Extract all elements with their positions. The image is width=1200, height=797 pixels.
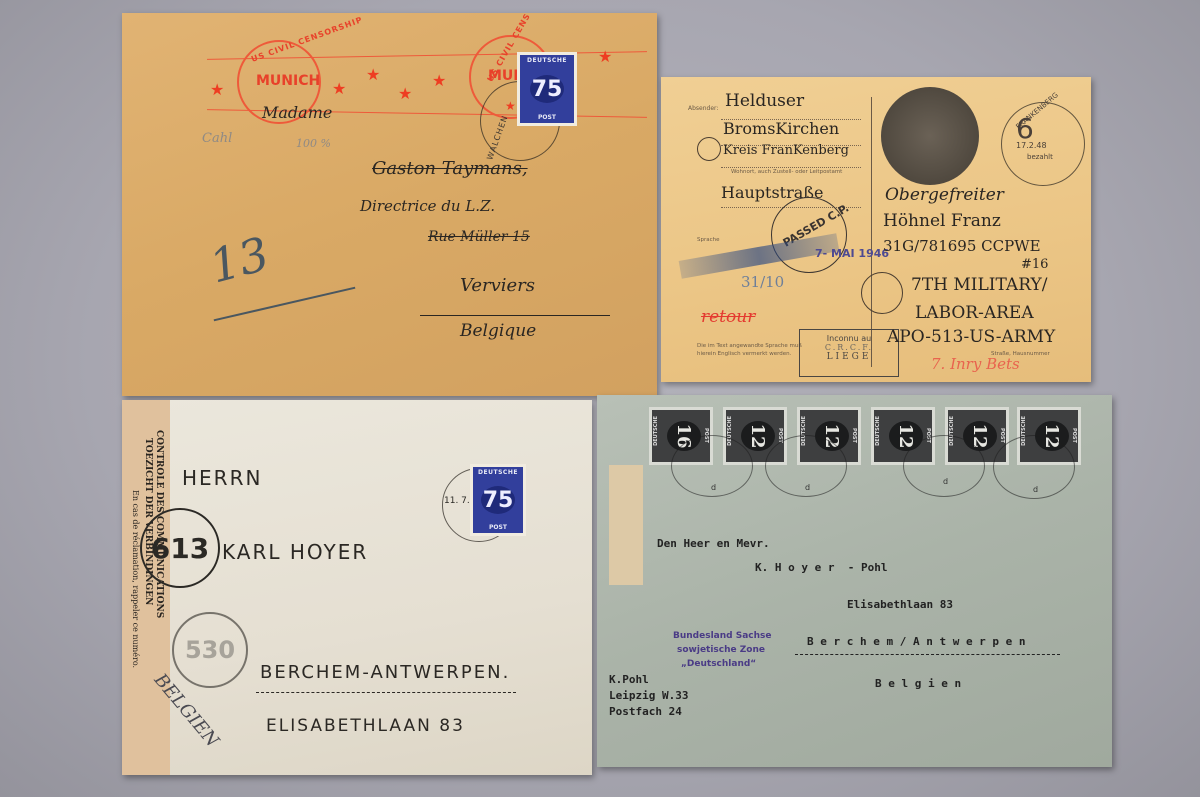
postmark-letter: d <box>943 477 948 486</box>
star-icon: ★ <box>598 47 612 66</box>
circle-mark <box>861 272 903 314</box>
recipient-line: #16 <box>1021 257 1048 272</box>
censor-number-stamp: 613 <box>140 508 220 588</box>
envelope-leipzig-typed: DEUTSCHE16POST DEUTSCHE12POST DEUTSCHE12… <box>597 395 1112 767</box>
pow-postcard: Absender: Helduser BromsKirchen Kreis Fr… <box>661 77 1091 382</box>
address-line-country: Belgique <box>460 321 536 341</box>
address-line: K. H o y e r - Pohl <box>755 561 887 574</box>
censor-number-stamp: 530 <box>172 612 248 688</box>
circle-mark <box>697 137 721 161</box>
postmark-letter: d <box>805 483 810 492</box>
sender-line: Leipzig W.33 <box>609 689 688 702</box>
recipient-line: APO-513-US-ARMY <box>887 327 1055 347</box>
torn-tape-remnant <box>609 465 643 585</box>
star-icon: ★ <box>432 71 446 90</box>
zone-stamp-line: „Deutschland“ <box>681 659 756 669</box>
box-stamp-line: Inconnu au <box>800 334 898 343</box>
pencil-note: 31/10 <box>741 273 784 291</box>
date-stamp: 7- MAI 1946 <box>815 247 889 260</box>
censor-tape-line: En cas de réclamation, rappeler ce numér… <box>131 490 140 668</box>
sender-line: Helduser <box>725 91 804 111</box>
divider-line <box>871 97 872 367</box>
postage-stamp-75: DEUTSCHE 75 POST <box>517 52 577 126</box>
box-stamp-line: LIEGE <box>800 352 898 362</box>
censorship-city: MUNICH <box>256 73 320 89</box>
address-line: HERRN <box>182 466 262 490</box>
address-line-city: Verviers <box>460 275 535 296</box>
sender-line: Postfach 24 <box>609 705 682 718</box>
zone-stamp-line: sowjetische Zone <box>677 645 765 655</box>
stamp-country: DEUTSCHE <box>875 416 881 446</box>
address-line: ELISABETHLAAN 83 <box>266 716 465 736</box>
pencil-stroke <box>214 287 356 322</box>
sender-line: BromsKirchen <box>723 119 839 138</box>
postmark-circle <box>903 435 985 497</box>
dotted-line <box>721 167 861 168</box>
address-line: KARL HOYER <box>222 540 368 564</box>
envelope-munich-censored: US CIVIL CENSORSHIP MUNICH US CIVIL CENS… <box>122 13 657 396</box>
wavy-underline <box>256 692 516 693</box>
underline <box>420 315 610 316</box>
star-icon: ★ <box>366 65 380 84</box>
zone-stamp-line: Bundesland Sachse <box>673 631 771 641</box>
stamp-value: 75 <box>530 75 564 103</box>
pencil-number: 13 <box>204 226 275 293</box>
sender-line: K.Pohl <box>609 673 649 686</box>
address-line: B e r c h e m / A n t w e r p e n <box>807 635 1026 648</box>
box-stamp: Inconnu au C.R.C.F. LIEGE <box>799 329 899 377</box>
star-icon: ★ <box>398 84 412 103</box>
envelope-hoyer-censored: CONTROLE DES COMMUNICATIONS TOEZICHT DER… <box>122 400 592 775</box>
address-line-street: Rue Müller 15 <box>428 229 530 245</box>
printed-hint: Wohnort, auch Zustell- oder Leitpostamt <box>731 169 842 175</box>
address-line: BERCHEM-ANTWERPEN. <box>260 662 510 683</box>
stamp-country: DEUTSCHE <box>527 57 567 64</box>
cancellation-seal <box>881 87 979 185</box>
address-line-name: Gaston Taymans, <box>372 158 528 179</box>
recipient-line: LABOR-AREA <box>915 303 1034 323</box>
postmark-date: 11. 7. <box>444 496 470 506</box>
red-script-note: retour <box>701 307 755 327</box>
printed-hint: Sprache <box>697 237 720 243</box>
stamp-country: DEUTSCHE <box>653 416 659 446</box>
address-line: Elisabethlaan 83 <box>847 598 953 611</box>
star-icon: ★ <box>210 80 224 99</box>
postmark-letter: d <box>711 483 716 492</box>
star-icon: ★ <box>332 79 346 98</box>
salutation: Madame <box>262 103 332 122</box>
postmark-date: 17.2.48 <box>1016 141 1047 150</box>
red-note: 7. Inry Bets <box>931 355 1020 373</box>
stamp-value: 12 <box>741 421 775 451</box>
recipient-line: 31G/781695 CCPWE <box>883 237 1041 255</box>
pencil-note: Cahl <box>202 131 232 146</box>
stamp-post: POST <box>999 428 1005 443</box>
recipient-line: Höhnel Franz <box>883 211 1001 231</box>
address-line-title: Directrice du L.Z. <box>360 197 495 215</box>
stamp-value: 75 <box>481 486 515 514</box>
recipient-line: Obergefreiter <box>885 185 1004 205</box>
postmark-paid: bezahlt <box>1027 153 1053 161</box>
pencil-note: 100 % <box>296 137 331 150</box>
stamp-post: POST <box>851 428 857 443</box>
address-line: B e l g i e n <box>875 677 961 690</box>
sender-label: Absender: <box>688 105 718 112</box>
recipient-line: 7TH MILITARY/ <box>911 275 1047 295</box>
stamp-post: POST <box>489 524 507 531</box>
stamp-post: POST <box>538 114 556 121</box>
postage-stamp-75: DEUTSCHE 75 POST <box>470 464 526 536</box>
box-stamp-line: C.R.C.F. <box>800 343 898 352</box>
postmark-letter: d <box>1033 485 1038 494</box>
address-line: Den Heer en Mevr. <box>657 537 770 550</box>
stamp-post: POST <box>1071 428 1077 443</box>
dashed-underline <box>795 654 1060 655</box>
stamp-country: DEUTSCHE <box>478 469 518 476</box>
sender-line: Kreis FranKenberg <box>723 143 849 158</box>
